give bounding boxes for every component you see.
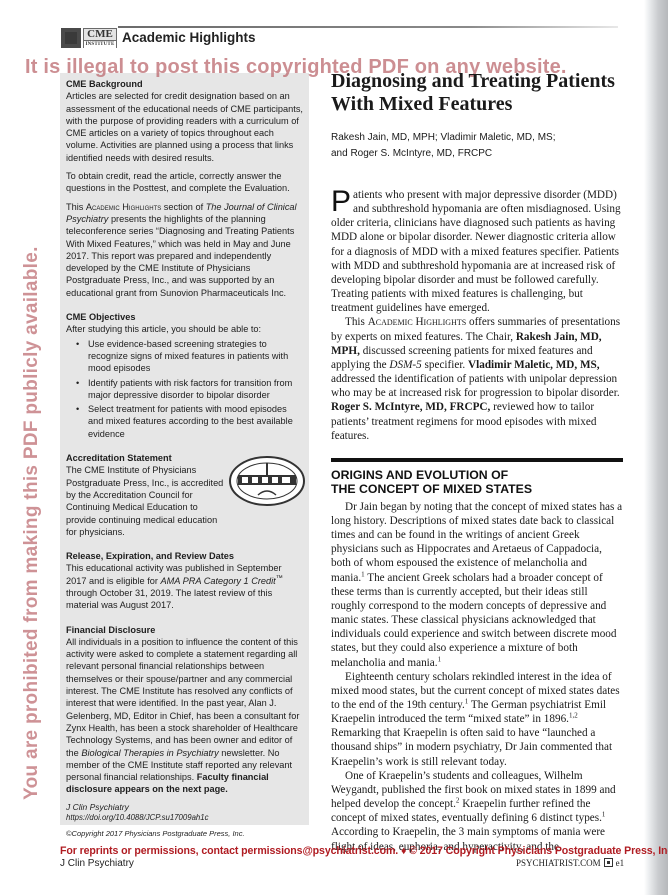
- body-paragraph: Dr Jain began by noting that the concept…: [331, 500, 623, 670]
- section-heading: Financial Disclosure: [66, 624, 303, 636]
- paragraph: The CME Institute of Physicians Postgrad…: [66, 464, 226, 538]
- paragraph: This educational activity was published …: [66, 562, 303, 611]
- footer-journal: J Clin Psychiatry: [60, 858, 134, 869]
- paragraph: To obtain credit, read the article, corr…: [66, 170, 303, 195]
- intro-paragraph: Patients who present with major depressi…: [331, 188, 623, 315]
- logo-cme-badge: CME INSTITUTE: [83, 28, 117, 48]
- copyright-notice: ©Copyright 2017 Physicians Postgraduate …: [66, 829, 303, 839]
- list-item: Select treatment for patients with mood …: [76, 403, 303, 440]
- header-rule: [118, 26, 618, 28]
- intro-paragraph: This Academic Highlights offers summarie…: [331, 315, 623, 442]
- reference-marker[interactable]: 1,2: [569, 711, 578, 719]
- article-title: Diagnosing and Treating Patients With Mi…: [331, 70, 631, 116]
- article-authors: Rakesh Jain, MD, MPH; Vladimir Maletic, …: [331, 130, 621, 162]
- article-body: Patients who present with major depressi…: [331, 188, 623, 854]
- citation-block: J Clin Psychiatry https://doi.org/10.408…: [66, 802, 303, 839]
- logo-subtext: INSTITUTE: [84, 40, 116, 48]
- section-heading: CME Background: [66, 78, 303, 90]
- cme-info-box: CME Background Articles are selected for…: [60, 73, 309, 825]
- accreditation-section: Accreditation Statement The CME Institut…: [66, 452, 303, 538]
- logo-square-icon: [61, 28, 81, 48]
- logo-text: CME: [87, 28, 113, 40]
- paragraph: This Academic Highlights section of The …: [66, 201, 303, 299]
- square-bullet-icon: [604, 858, 613, 867]
- doi-link[interactable]: https://doi.org/10.4088/JCP.su17009ah1c: [66, 813, 303, 823]
- drop-cap: P: [331, 190, 351, 214]
- section-heading: Release, Expiration, and Review Dates: [66, 550, 303, 562]
- section-heading: ORIGINS AND EVOLUTION OF THE CONCEPT OF …: [331, 468, 623, 496]
- cme-objectives-section: CME Objectives After studying this artic…: [66, 311, 303, 440]
- footer-site: PSYCHIATRIST.COMe1: [516, 858, 624, 868]
- financial-disclosure-section: Financial Disclosure All individuals in …: [66, 624, 303, 796]
- watermark-side: You are prohibited from making this PDF …: [21, 246, 43, 800]
- accme-seal-icon: [228, 455, 306, 507]
- section-divider: [331, 458, 623, 462]
- site-name[interactable]: PSYCHIATRIST.COM: [516, 858, 601, 868]
- list-item: Use evidence-based screening strategies …: [76, 338, 303, 375]
- list-item: Identify patients with risk factors for …: [76, 377, 303, 402]
- objectives-list: Use evidence-based screening strategies …: [66, 338, 303, 440]
- body-paragraph: Eighteenth century scholars rekindled in…: [331, 670, 623, 769]
- page-number: e1: [616, 858, 625, 868]
- page-edge-shadow: [644, 0, 668, 895]
- paragraph: Articles are selected for credit designa…: [66, 90, 303, 164]
- cme-background-section: CME Background Articles are selected for…: [66, 78, 303, 299]
- section-heading: CME Objectives: [66, 311, 303, 323]
- cme-institute-logo: CME INSTITUTE: [61, 28, 117, 48]
- reference-marker[interactable]: 1: [602, 811, 606, 819]
- paragraph: All individuals in a position to influen…: [66, 636, 303, 796]
- body-paragraph: One of Kraepelin’s students and colleagu…: [331, 769, 623, 854]
- dates-section: Release, Expiration, and Review Dates Th…: [66, 550, 303, 611]
- paragraph: After studying this article, you should …: [66, 323, 303, 335]
- permissions-notice: For reprints or permissions, contact per…: [60, 845, 668, 857]
- section-title: Academic Highlights: [122, 30, 256, 45]
- reference-marker[interactable]: 1: [438, 655, 442, 663]
- citation-journal: J Clin Psychiatry: [66, 802, 303, 813]
